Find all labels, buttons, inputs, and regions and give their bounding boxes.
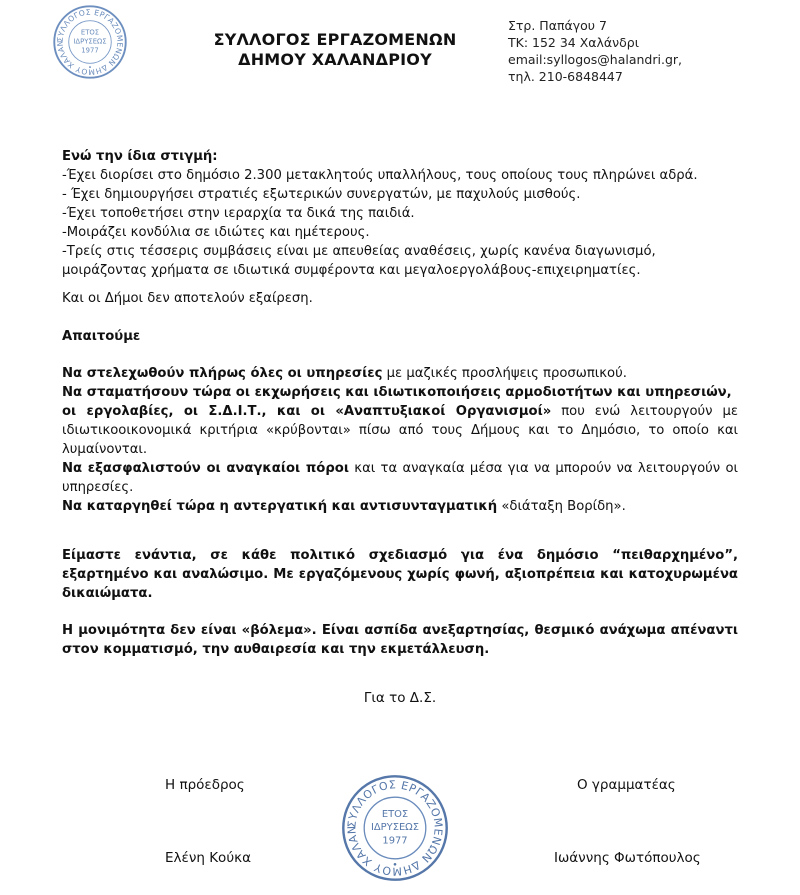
meanwhile-section: Ενώ την ίδια στιγμή: -Έχει διορίσει στο … [62, 147, 738, 280]
contact-street: Στρ. Παπάγου 7 [508, 17, 682, 34]
demands-list: Να στελεχωθούν πλήρως όλες οι υπηρεσίες … [62, 364, 738, 516]
statement-permanence: Η μονιμότητα δεν είναι «βόλεμα». Είναι α… [62, 621, 738, 659]
demand-resources: Να εξασφαλιστούν οι αναγκαίοι πόροι και … [62, 459, 738, 497]
secretary-title: Ο γραμματέας [577, 777, 676, 793]
org-name-line2: ΔΗΜΟΥ ΧΑΛΑΝΔΡΙΟΥ [200, 50, 470, 70]
contact-postal: ΤΚ: 152 34 Χαλάνδρι [508, 34, 682, 51]
meanwhile-heading: Ενώ την ίδια στιγμή: [62, 147, 738, 166]
secretary-name: Ιωάννης Φωτόπουλος [554, 850, 701, 866]
meanwhile-item: -Έχει τοποθετήσει στην ιεραρχία τα δικά … [62, 204, 738, 223]
svg-text:1977: 1977 [382, 835, 407, 846]
demand-stop-privatization-cont: οι εργολαβίες, οι Σ.Δ.Ι.Τ., και οι «Αναπ… [62, 402, 738, 459]
meanwhile-item: -Μοιράζει κονδύλια σε ιδιώτες και ημέτερ… [62, 223, 738, 242]
meanwhile-item: -Έχει διορίσει στο δημόσιο 2.300 μετακλη… [62, 166, 738, 185]
svg-text:ΕΤΟΣ: ΕΤΟΣ [81, 28, 99, 36]
demand-staffing-rest: με μαζικές προσλήψεις προσωπικού. [382, 366, 626, 381]
demand-repeal: Να καταργηθεί τώρα η αντεργατική και αντ… [62, 497, 738, 516]
contact-phone: τηλ. 210-6848447 [508, 68, 682, 85]
union-stamp-bottom: ΣΥΛΛΟΓΟΣ ΕΡΓΑΖΟΜΕΝΩΝ ΔΗΜΟΥ ΧΑΛΑΝΔΡΙΟΥ ΕΤ… [339, 773, 451, 883]
demand-resources-bold: Να εξασφαλιστούν οι αναγκαίοι πόροι [62, 461, 349, 476]
demand-stop-privatization-bold: οι εργολαβίες, οι Σ.Δ.Ι.Τ., και οι «Αναπ… [62, 404, 551, 419]
meanwhile-item: - Έχει δημιουργήσει στρατιές εξωτερικών … [62, 185, 738, 204]
organization-title: ΣΥΛΛΟΓΟΣ ΕΡΓΑΖΟΜΕΝΩΝ ΔΗΜΟΥ ΧΑΛΑΝΔΡΙΟΥ [200, 30, 470, 70]
union-stamp-top: ΣΥΛΛΟΓΟΣ ΕΡΓΑΖΟΜΕΝΩΝ ΔΗΜΟΥ ΧΑΛΑΝΔΡΙΟΥ ΕΤ… [52, 4, 128, 80]
stamp-seal-icon: ΣΥΛΛΟΓΟΣ ΕΡΓΑΖΟΜΕΝΩΝ ΔΗΜΟΥ ΧΑΛΑΝΔΡΙΟΥ ΕΤ… [339, 773, 451, 883]
municipalities-note: Και οι Δήμοι δεν αποτελούν εξαίρεση. [62, 289, 738, 308]
svg-text:ΙΔΡΥΣΕΩΣ: ΙΔΡΥΣΕΩΣ [371, 822, 419, 833]
contact-email[interactable]: email:syllogos@halandri.gr, [508, 51, 682, 68]
demand-staffing-bold: Να στελεχωθούν πλήρως όλες οι υπηρεσίες [62, 366, 382, 381]
for-board-label: Για το Δ.Σ. [0, 690, 800, 706]
svg-text:ΕΤΟΣ: ΕΤΟΣ [382, 809, 408, 820]
demand-repeal-bold: Να καταργηθεί τώρα η αντεργατική και αντ… [62, 499, 497, 514]
stamp-seal-icon: ΣΥΛΛΟΓΟΣ ΕΡΓΑΖΟΜΕΝΩΝ ΔΗΜΟΥ ΧΑΛΑΝΔΡΙΟΥ ΕΤ… [52, 4, 128, 80]
demand-staffing: Να στελεχωθούν πλήρως όλες οι υπηρεσίες … [62, 364, 738, 383]
meanwhile-item: -Τρείς στις τέσσερις συμβάσεις είναι με … [62, 242, 738, 261]
svg-text:1977: 1977 [81, 47, 98, 55]
statement-opposition: Είμαστε ενάντια, σε κάθε πολιτικό σχεδια… [62, 546, 738, 603]
president-title: Η πρόεδρος [165, 777, 245, 793]
president-name: Ελένη Κούκα [165, 850, 251, 866]
meanwhile-item: μοιράζοντας χρήματα σε ιδιωτικά συμφέρον… [62, 261, 738, 280]
demands-heading: Απαιτούμε [62, 327, 738, 346]
demand-stop-privatization-line1: Να σταματήσουν τώρα οι εκχωρήσεις και ιδ… [62, 383, 738, 402]
demand-repeal-rest: «διάταξη Βορίδη». [497, 499, 626, 514]
svg-text:ΙΔΡΥΣΕΩΣ: ΙΔΡΥΣΕΩΣ [73, 38, 106, 46]
contact-block: Στρ. Παπάγου 7 ΤΚ: 152 34 Χαλάνδρι email… [508, 17, 682, 85]
org-name-line1: ΣΥΛΛΟΓΟΣ ΕΡΓΑΖΟΜΕΝΩΝ [200, 30, 470, 50]
